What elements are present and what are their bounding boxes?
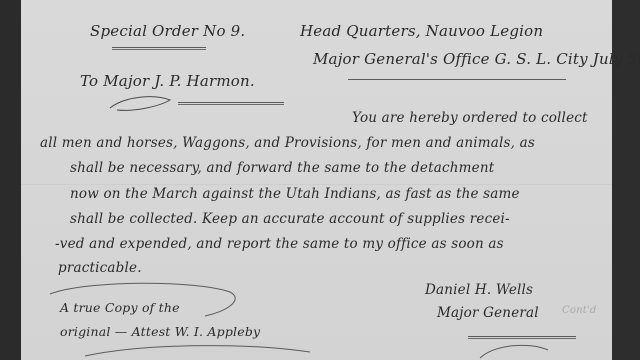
addressee: To Major J. P. Harmon. [80, 72, 255, 90]
paper-fold-line [21, 184, 612, 185]
order-underline [112, 47, 206, 50]
attestation-bottom-flourish [80, 342, 320, 360]
marginal-note: Cont'd [562, 305, 596, 316]
addressee-underline [178, 102, 284, 105]
body-line-4: now on the March against the Utah Indian… [70, 186, 520, 202]
signature-flourish [470, 338, 560, 360]
attestation-line-2: original — Attest W. I. Appleby [60, 324, 260, 339]
office-date-line: Major General's Office G. S. L. City Jul… [313, 50, 640, 68]
body-line-2: all men and horses, Waggons, and Provisi… [40, 135, 535, 151]
scan-border-left [0, 0, 21, 360]
body-line-3: shall be necessary, and forward the same… [70, 160, 494, 176]
signature-title: Major General [437, 305, 539, 321]
attestation-line-1: A true Copy of the [60, 300, 180, 315]
addressee-flourish [105, 92, 175, 114]
body-line-7: practicable. [58, 260, 142, 276]
special-order-number: Special Order No 9. [90, 22, 245, 40]
body-line-1: You are hereby ordered to collect [352, 110, 588, 126]
body-line-5: shall be collected. Keep an accurate acc… [70, 211, 510, 227]
signature-name: Daniel H. Wells [425, 282, 533, 298]
body-line-6: -ved and expended, and report the same t… [55, 236, 504, 252]
headquarters-line: Head Quarters, Nauvoo Legion [300, 22, 543, 40]
date-underline [348, 79, 566, 80]
